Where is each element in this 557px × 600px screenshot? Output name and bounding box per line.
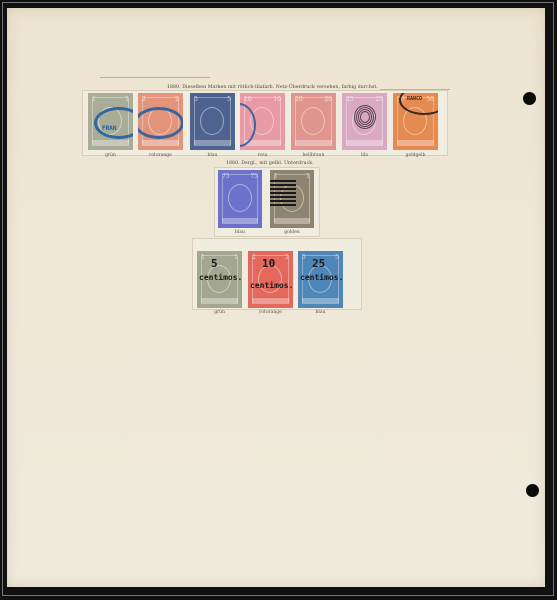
value-tablet xyxy=(201,298,238,303)
stamp: 5050RANCO xyxy=(393,93,438,150)
stamp-color-label: lila xyxy=(340,153,390,158)
value-tablet xyxy=(92,140,129,145)
surcharge-text: centimos. xyxy=(199,273,242,282)
stamp-color-label: rotorange xyxy=(136,153,186,158)
surcharge-value: 5 xyxy=(211,257,218,270)
denomination: 75 xyxy=(222,173,230,180)
denomination: 1 xyxy=(92,96,96,103)
denomination: 5 xyxy=(227,96,231,103)
stamp: 11FRAN xyxy=(88,93,133,150)
stamp: 115centimos. xyxy=(197,251,242,308)
denomination: 2 xyxy=(142,96,146,103)
coat-of-arms xyxy=(301,107,325,135)
value-tablet xyxy=(252,298,289,303)
denomination: 75 xyxy=(250,173,258,180)
bar-cancel xyxy=(270,204,296,206)
denomination: 1 xyxy=(306,173,310,180)
denomination: 20 xyxy=(324,96,332,103)
denomination: 25 xyxy=(346,96,354,103)
bar-cancel xyxy=(270,200,296,202)
denomination: 5 xyxy=(302,254,306,261)
denomination: 1 xyxy=(274,173,278,180)
bar-cancel xyxy=(270,184,296,186)
denomination: 10 xyxy=(244,96,252,103)
stamp: 2210centimos. xyxy=(248,251,293,308)
stamp-color-label: blau xyxy=(188,153,238,158)
surcharge-value: 25 xyxy=(312,257,325,270)
stamp: 1010 xyxy=(240,93,285,150)
postmark-cancel xyxy=(138,107,183,139)
stamp-color-label: goldgelb xyxy=(391,153,441,158)
stamp: 55 xyxy=(190,93,235,150)
stamp-color-label: hellbraun xyxy=(289,153,339,158)
stamp-color-label: grün xyxy=(86,153,136,158)
punch-hole-bottom xyxy=(526,484,539,497)
value-tablet xyxy=(295,140,332,145)
stamp: 22 xyxy=(138,93,183,150)
stamp: 2020 xyxy=(291,93,336,150)
value-tablet xyxy=(142,140,179,145)
denomination: 10 xyxy=(273,96,281,103)
stamp-color-label: rosa xyxy=(238,153,288,158)
stamp: 7575 xyxy=(218,170,262,228)
value-tablet xyxy=(397,140,434,145)
header-rule-left xyxy=(100,77,210,78)
bar-cancel xyxy=(270,192,296,194)
stamp: 2525 xyxy=(342,93,387,150)
bar-cancel xyxy=(270,196,296,198)
stamp-color-label: rotorange xyxy=(246,310,296,315)
surcharge-value: 10 xyxy=(262,257,275,270)
value-tablet xyxy=(346,140,383,145)
denomination: 5 xyxy=(335,254,339,261)
denomination: 5 xyxy=(194,96,198,103)
coat-of-arms xyxy=(228,184,252,212)
surcharge-text: centimos. xyxy=(250,281,293,290)
grill-cancel xyxy=(360,111,370,123)
bar-cancel xyxy=(270,188,296,190)
coat-of-arms xyxy=(200,107,224,135)
denomination: 1 xyxy=(234,254,238,261)
denomination: 1 xyxy=(201,254,205,261)
stamp: 11 xyxy=(270,170,314,228)
value-tablet xyxy=(302,298,339,303)
denomination: 20 xyxy=(295,96,303,103)
section-2-caption: 1880. Dergl., mit gelbl. Unterdruck. xyxy=(226,161,314,166)
stamp-color-label: blau xyxy=(296,310,346,315)
denomination: 25 xyxy=(375,96,383,103)
stamp-color-label: blau xyxy=(215,230,265,235)
value-tablet xyxy=(194,140,231,145)
denomination: 2 xyxy=(252,254,256,261)
stamp-color-label: grün xyxy=(195,310,245,315)
punch-hole-top xyxy=(523,92,536,105)
postmark-text: RANCO xyxy=(407,96,422,102)
value-tablet xyxy=(222,218,258,223)
stamp: 5525centimos. xyxy=(298,251,343,308)
postmark-text: FRAN xyxy=(102,125,116,132)
surcharge-text: centimos. xyxy=(300,273,343,282)
value-tablet xyxy=(274,218,310,223)
stamp-color-label: golden xyxy=(267,230,317,235)
denomination: 1 xyxy=(125,96,129,103)
denomination: 2 xyxy=(285,254,289,261)
bar-cancel xyxy=(270,180,296,182)
denomination: 2 xyxy=(175,96,179,103)
